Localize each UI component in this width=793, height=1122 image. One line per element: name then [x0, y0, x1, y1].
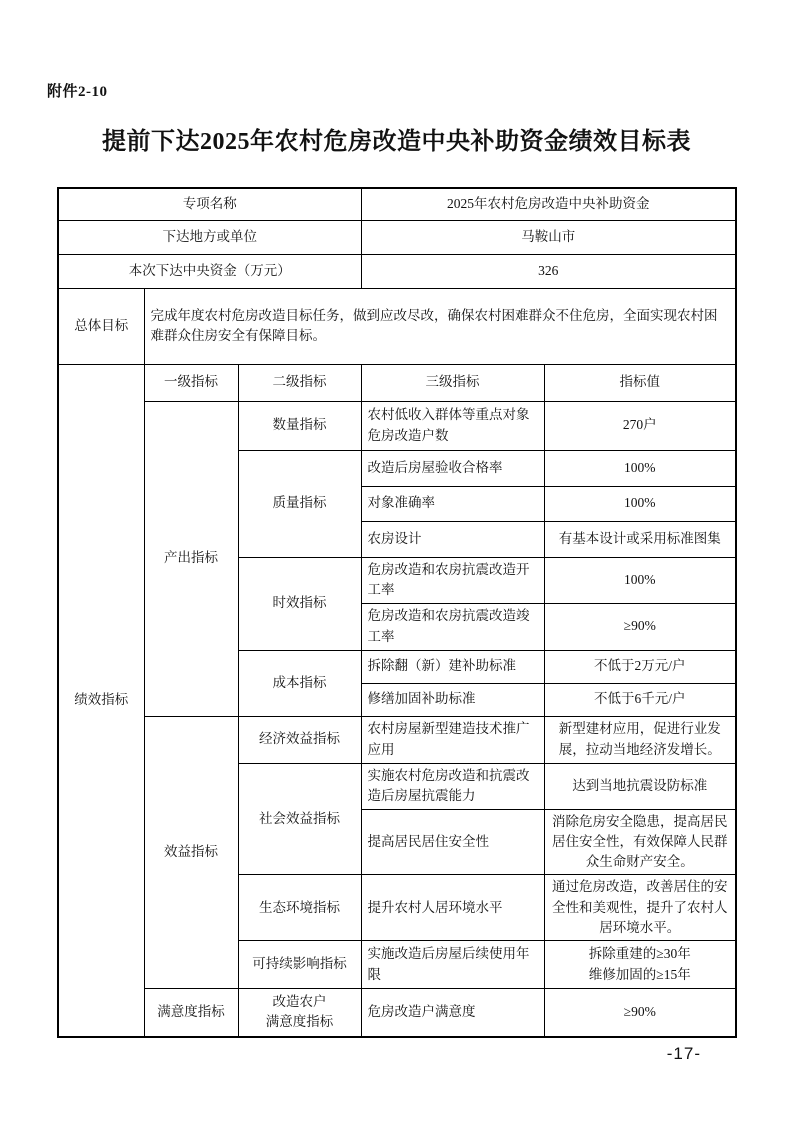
- indicator-value: 有基本设计或采用标准图集: [544, 521, 736, 557]
- level3-indicator: 危房改造和农房抗震改造竣工率: [361, 603, 544, 650]
- level3-indicator: 改造后房屋验收合格率: [361, 450, 544, 486]
- indicator-value: 不低于2万元/户: [544, 650, 736, 683]
- table-row: 产出指标 数量指标 农村低收入群体等重点对象危房改造户数 270户: [58, 401, 736, 450]
- table-row: 满意度指标 改造农户 满意度指标 危房改造户满意度 ≥90%: [58, 989, 736, 1037]
- info-value-central-funds: 326: [361, 254, 736, 288]
- table-row: 本次下达中央资金（万元） 326: [58, 254, 736, 288]
- header-level2: 二级指标: [238, 364, 361, 401]
- indicator-value: 100%: [544, 557, 736, 603]
- info-label-project-name: 专项名称: [58, 188, 361, 220]
- level2-ecological: 生态环境指标: [238, 875, 361, 941]
- page-number: -17-: [667, 1044, 701, 1064]
- level3-indicator: 对象准确率: [361, 486, 544, 521]
- level2-social: 社会效益指标: [238, 763, 361, 875]
- attachment-label: 附件2-10: [47, 80, 108, 101]
- header-level1: 一级指标: [144, 364, 238, 401]
- perf-section-label: 绩效指标: [58, 364, 144, 1037]
- level2-cost: 成本指标: [238, 650, 361, 716]
- indicator-value: 达到当地抗震设防标准: [544, 763, 736, 809]
- level2-quantity: 数量指标: [238, 401, 361, 450]
- indicator-value: 新型建材应用，促进行业发展，拉动当地经济发增长。: [544, 716, 736, 763]
- indicator-value: 消除危房安全隐患，提高居民居住安全性，有效保障人民群众生命财产安全。: [544, 809, 736, 875]
- indicator-value: 拆除重建的≥30年 维修加固的≥15年: [544, 941, 736, 989]
- performance-goal-table: 专项名称 2025年农村危房改造中央补助资金 下达地方或单位 马鞍山市 本次下达…: [57, 187, 737, 1038]
- table-row: 总体目标 完成年度农村危房改造目标任务，做到应改尽改，确保农村困难群众不住危房，…: [58, 288, 736, 364]
- level1-output: 产出指标: [144, 401, 238, 716]
- info-label-recipient: 下达地方或单位: [58, 220, 361, 254]
- level3-indicator: 农房设计: [361, 521, 544, 557]
- level2-household-satisfaction: 改造农户 满意度指标: [238, 989, 361, 1037]
- level2-quality: 质量指标: [238, 450, 361, 557]
- indicator-value: 通过危房改造，改善居住的安全性和美观性，提升了农村人居环境水平。: [544, 875, 736, 941]
- header-level3: 三级指标: [361, 364, 544, 401]
- level3-indicator: 提高居民居住安全性: [361, 809, 544, 875]
- indicator-value: ≥90%: [544, 989, 736, 1037]
- indicator-value: 270户: [544, 401, 736, 450]
- page-title: 提前下达2025年农村危房改造中央补助资金绩效目标表: [0, 121, 793, 156]
- level2-sustainability: 可持续影响指标: [238, 941, 361, 989]
- overall-goal-text: 完成年度农村危房改造目标任务，做到应改尽改，确保农村困难群众不住危房，全面实现农…: [144, 288, 736, 364]
- indicator-value: ≥90%: [544, 603, 736, 650]
- table-row: 效益指标 经济效益指标 农村房屋新型建造技术推广应用 新型建材应用，促进行业发展…: [58, 716, 736, 763]
- level3-indicator: 拆除翻（新）建补助标准: [361, 650, 544, 683]
- level3-indicator: 农村低收入群体等重点对象危房改造户数: [361, 401, 544, 450]
- level2-timeliness: 时效指标: [238, 557, 361, 650]
- info-value-recipient: 马鞍山市: [361, 220, 736, 254]
- document-page: 附件2-10 提前下达2025年农村危房改造中央补助资金绩效目标表 专项名称 2…: [0, 0, 793, 1122]
- level3-indicator: 农村房屋新型建造技术推广应用: [361, 716, 544, 763]
- level3-indicator: 实施改造后房屋后续使用年限: [361, 941, 544, 989]
- indicator-value: 100%: [544, 486, 736, 521]
- level1-benefit: 效益指标: [144, 716, 238, 989]
- indicator-value: 不低于6千元/户: [544, 683, 736, 716]
- level3-indicator: 危房改造户满意度: [361, 989, 544, 1037]
- level3-indicator: 修缮加固补助标准: [361, 683, 544, 716]
- level2-economic: 经济效益指标: [238, 716, 361, 763]
- level3-indicator: 实施农村危房改造和抗震改造后房屋抗震能力: [361, 763, 544, 809]
- level3-indicator: 危房改造和农房抗震改造开工率: [361, 557, 544, 603]
- info-label-central-funds: 本次下达中央资金（万元）: [58, 254, 361, 288]
- indicator-value: 100%: [544, 450, 736, 486]
- level1-satisfaction: 满意度指标: [144, 989, 238, 1037]
- overall-goal-label: 总体目标: [58, 288, 144, 364]
- header-value: 指标值: [544, 364, 736, 401]
- table-row: 下达地方或单位 马鞍山市: [58, 220, 736, 254]
- table-row: 绩效指标 一级指标 二级指标 三级指标 指标值: [58, 364, 736, 401]
- table-row: 专项名称 2025年农村危房改造中央补助资金: [58, 188, 736, 220]
- level3-indicator: 提升农村人居环境水平: [361, 875, 544, 941]
- info-value-project-name: 2025年农村危房改造中央补助资金: [361, 188, 736, 220]
